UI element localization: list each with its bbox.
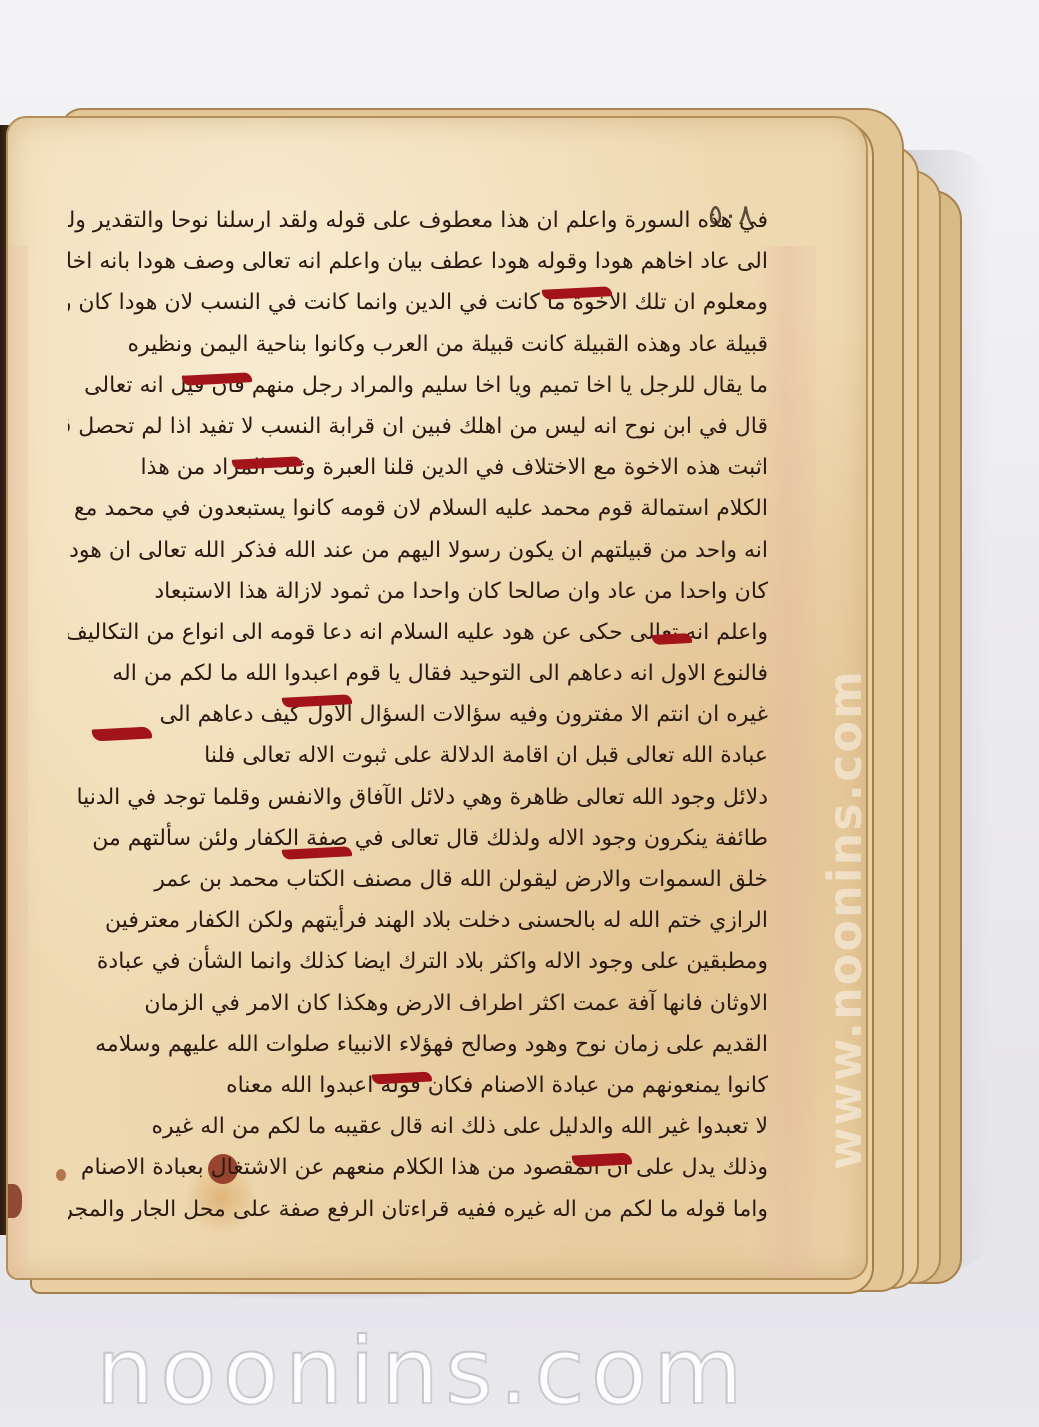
text-line: وذلك يدل على ان المقصود من هذا الكلام من… xyxy=(68,1147,768,1188)
text-line: ما يقال للرجل يا اخا تميم ويا اخا سليم و… xyxy=(68,365,768,406)
text-line: دلائل وجود الله تعالى ظاهرة وهي دلائل ال… xyxy=(68,777,768,818)
text-line: في هذه السورة واعلم ان هذا معطوف على قول… xyxy=(68,200,768,241)
page-tint xyxy=(8,246,28,1280)
text-line: قال في ابن نوح انه ليس من اهلك فبين ان ق… xyxy=(68,406,768,447)
watermark-bottom: noonins.com xyxy=(96,1318,749,1425)
text-line: الكلام استمالة قوم محمد عليه السلام لان … xyxy=(68,488,768,529)
text-line: عبادة الله تعالى قبل ان اقامة الدلالة عل… xyxy=(68,735,768,776)
rubric-mark xyxy=(652,633,692,645)
text-line: الاوثان فانها آفة عمت اكثر اطراف الارض و… xyxy=(68,983,768,1024)
ink-stain xyxy=(56,1169,66,1181)
text-line: القديم على زمان نوح وهود وصالح فهؤلاء ال… xyxy=(68,1024,768,1065)
text-line: غيره ان انتم الا مفترون وفيه سؤالات السؤ… xyxy=(68,694,768,735)
text-line: فالنوع الاول انه دعاهم الى التوحيد فقال … xyxy=(68,653,768,694)
text-line: اثبت هذه الاخوة مع الاختلاف في الدين قلن… xyxy=(68,447,768,488)
text-line: طائفة ينكرون وجود الاله ولذلك قال تعالى … xyxy=(68,818,768,859)
text-line: كان واحدا من عاد وان صالحا كان واحدا من … xyxy=(68,571,768,612)
text-line: لا تعبدوا غير الله والدليل على ذلك انه ق… xyxy=(68,1106,768,1147)
manuscript-page: ٥٠٨ في هذه السورة واعلم ان هذا معطوف على… xyxy=(6,116,868,1280)
text-line: الرازي ختم الله له بالحسنى دخلت بلاد اله… xyxy=(68,900,768,941)
text-line: خلق السموات والارض ليقولن الله قال مصنف … xyxy=(68,859,768,900)
ink-stain xyxy=(6,1184,22,1218)
text-line: انه واحد من قبيلتهم ان يكون رسولا اليهم … xyxy=(68,530,768,571)
text-line: قبيلة عاد وهذه القبيلة كانت قبيلة من الع… xyxy=(68,324,768,365)
text-line: ومعلوم ان تلك الاخوة ما كانت في الدين وا… xyxy=(68,282,768,323)
text-line: واعلم انه تعالى حكى عن هود عليه السلام ا… xyxy=(68,612,768,653)
text-line: الى عاد اخاهم هودا وقوله هودا عطف بيان و… xyxy=(68,241,768,282)
watermark-vertical: www.noonins.com xyxy=(818,669,872,1170)
text-line: ومطبقين على وجود الاله واكثر بلاد الترك … xyxy=(68,941,768,982)
text-line: واما قوله ما لكم من اله غيره ففيه قراءتا… xyxy=(68,1189,768,1230)
